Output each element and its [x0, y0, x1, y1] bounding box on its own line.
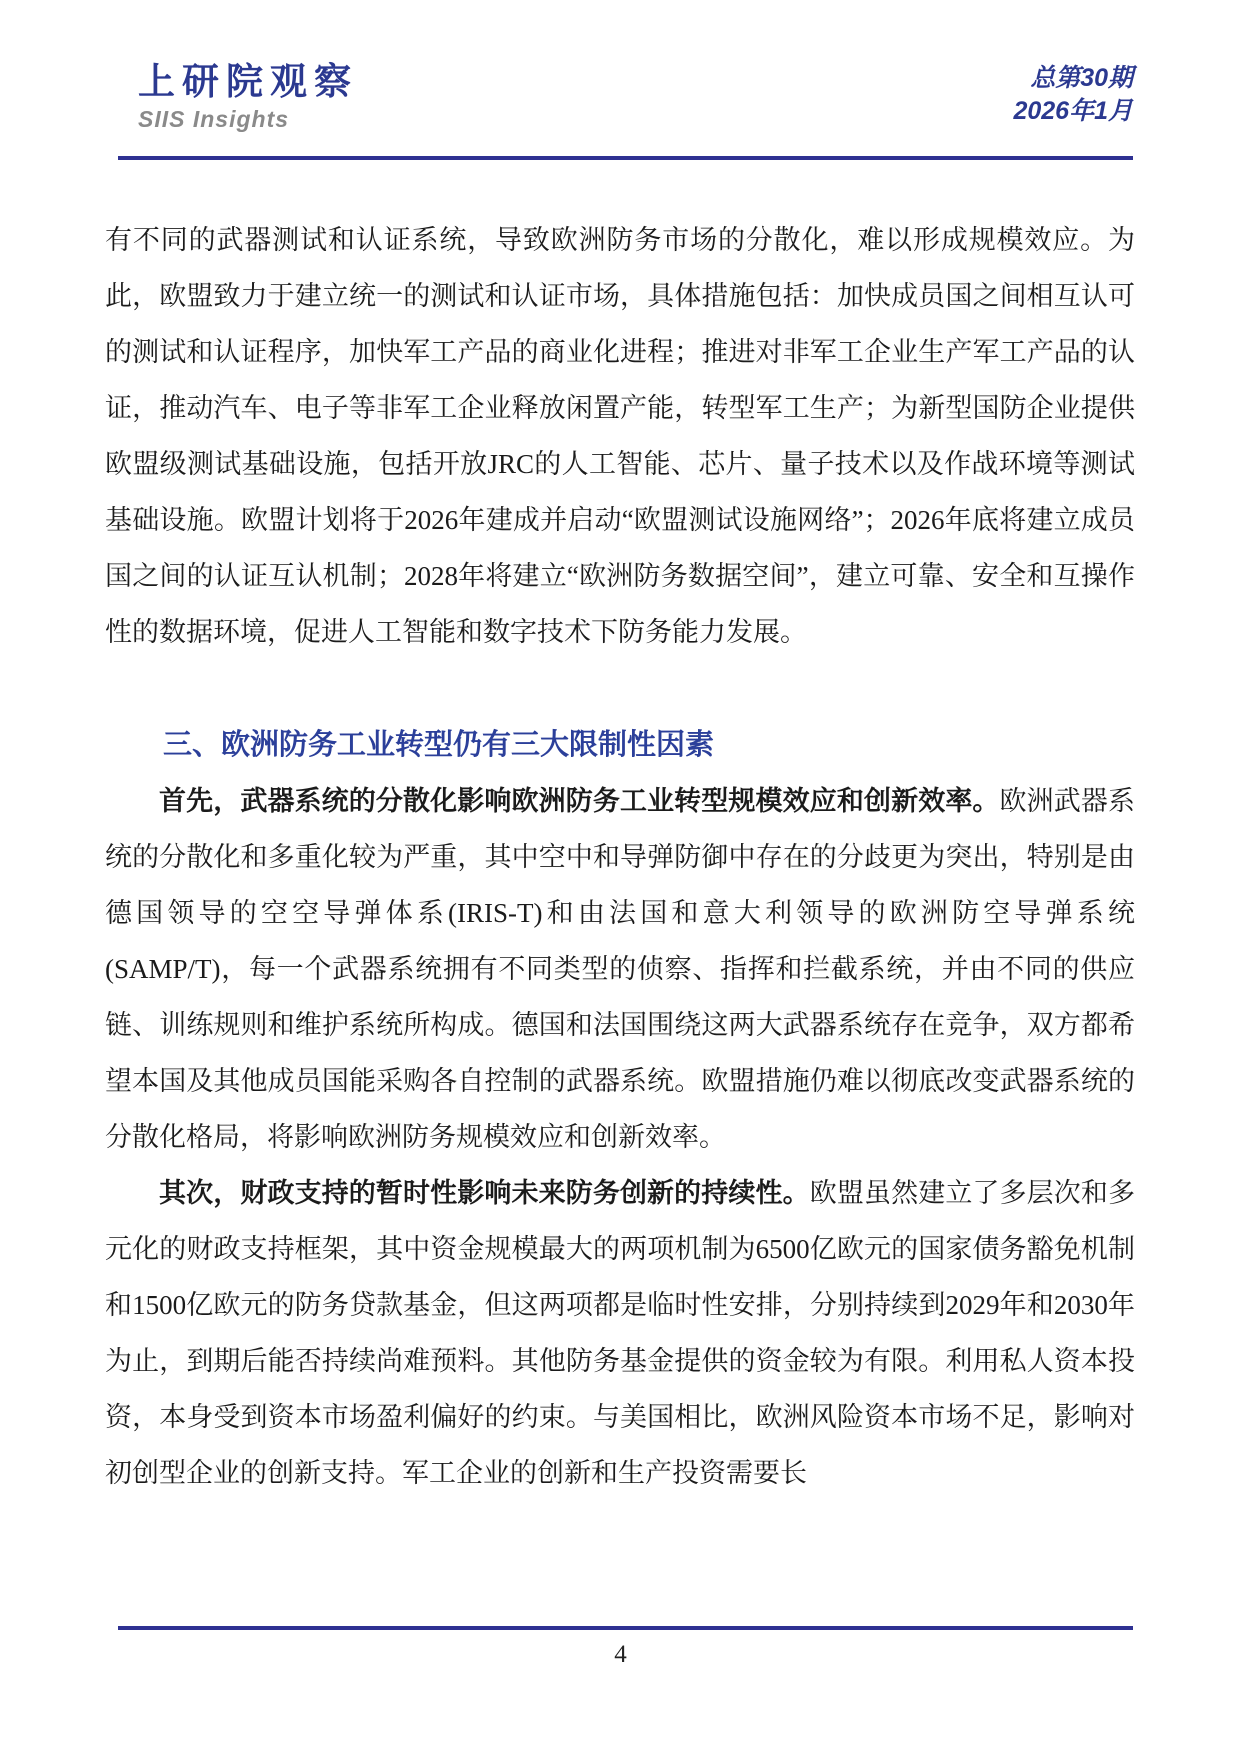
document-body: 有不同的武器测试和认证系统，导致欧洲防务市场的分散化，难以形成规模效应。为此，欧… [105, 212, 1135, 1501]
paragraph-text: 欧盟虽然建立了多层次和多元化的财政支持框架，其中资金规模最大的两项机制为6500… [105, 1178, 1135, 1488]
issue-date: 2026年1月 [1013, 95, 1133, 128]
issue-info: 总第30期 2026年1月 [1013, 62, 1133, 128]
section-heading: 三、欧洲防务工业转型仍有三大限制性因素 [105, 717, 1135, 773]
issue-number: 总第30期 [1013, 62, 1133, 95]
logo-english-title: SIIS Insights [138, 106, 358, 132]
page-number: 4 [0, 1640, 1241, 1670]
paragraph-bold-lead: 首先，武器系统的分散化影响欧洲防务工业转型规模效应和创新效率。 [159, 786, 1000, 816]
footer-rule [118, 1626, 1133, 1630]
paragraph-text: 欧洲武器系统的分散化和多重化较为严重，其中空中和导弹防御中存在的分歧更为突出，特… [105, 786, 1135, 1152]
logo-chinese-title: 上研院观察 [138, 62, 358, 104]
paragraph-continuation: 有不同的武器测试和认证系统，导致欧洲防务市场的分散化，难以形成规模效应。为此，欧… [105, 212, 1135, 660]
paragraph-bold-lead: 其次，财政支持的暂时性影响未来防务创新的持续性。 [159, 1178, 810, 1208]
paragraph-second-factor: 其次，财政支持的暂时性影响未来防务创新的持续性。欧盟虽然建立了多层次和多元化的财… [105, 1165, 1135, 1501]
logo: 上研院观察 SIIS Insights [138, 62, 358, 132]
page-header: 上研院观察 SIIS Insights 总第30期 2026年1月 [118, 62, 1133, 132]
paragraph-first-factor: 首先，武器系统的分散化影响欧洲防务工业转型规模效应和创新效率。欧洲武器系统的分散… [105, 773, 1135, 1165]
header-rule [118, 156, 1133, 160]
document-page: 上研院观察 SIIS Insights 总第30期 2026年1月 有不同的武器… [0, 0, 1241, 1754]
